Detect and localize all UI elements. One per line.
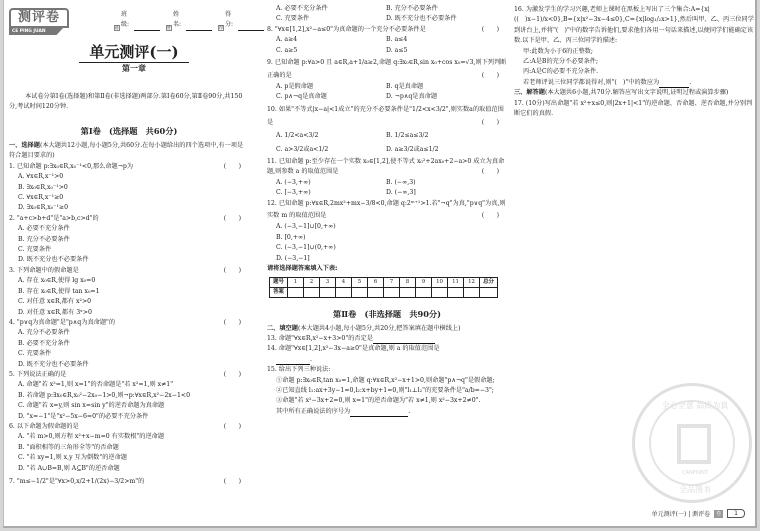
option-b: B. 充分不必要条件 xyxy=(9,235,249,245)
option-c: C. p∧¬q是真命题 xyxy=(276,92,386,102)
option-a: A. a≥4 xyxy=(276,35,386,45)
answer-cell[interactable] xyxy=(400,287,416,297)
canpoint-watermark-stamp: 全心全意 品质为真 CANPOINT 全品图书 xyxy=(632,383,752,503)
q-text: 以下命题为假命题的是 xyxy=(17,423,79,430)
q-num: 4. xyxy=(9,319,15,326)
option-a: A. "若 m>0,则方程 x²+x−m=0 有实数根"的逆命题 xyxy=(9,432,249,442)
answer-cell[interactable] xyxy=(320,287,336,297)
q10-options-row1: A. 1/2<a<3/2B. 1/2≤a≤3/2 xyxy=(267,129,507,143)
q-num: 2. xyxy=(9,215,15,222)
option-b: B. 充分不必要条件 xyxy=(386,4,496,14)
option-a: A. (−3,−1]∪[0,+∞) xyxy=(267,222,507,232)
option-d: D. a≥3/2或a≤1/2 xyxy=(386,143,496,157)
q9-options-row1: A. p是假命题B. q是真命题 xyxy=(267,82,507,92)
section-desc: (本大题共4小题,每小题5分,共20分,把答案填在题中横线上) xyxy=(298,325,461,332)
q-text: "m≤−1/2"是"∀x>0,x/2+1/(2x)−3/2>m"的 xyxy=(17,478,144,485)
table-header-label: 题号 xyxy=(270,277,288,287)
answer-paren: ( ) xyxy=(482,116,499,129)
q11-options-row2: C. [−3,+∞)D. (−∞,3] xyxy=(267,188,507,198)
q-text: 已知命题 p:∃x₀∈R,x₀⁻¹<0,那么命题¬p为 xyxy=(17,163,133,170)
score-icon: 得 xyxy=(218,25,224,31)
option-b: B. [0,+∞) xyxy=(267,233,507,243)
option-b: B. ∃x₀∈R,x₀⁻¹>0 xyxy=(9,183,249,193)
question-13: 13. 命题"∀x∈R,x²−x+3>0"的否定是 xyxy=(267,334,507,344)
page-badge-icon: 卷 xyxy=(714,510,723,518)
chapter-subtitle: 第一章 xyxy=(79,64,189,74)
option-a: A. ∀x∈R,x⁻¹>0 xyxy=(9,172,249,182)
page-footer: 单元测评(一) | 测评卷 卷 1 xyxy=(652,509,745,518)
logo-text: 测评卷 xyxy=(9,8,69,28)
answer-cell[interactable] xyxy=(464,287,480,297)
q-text: "a+c>b+d"是"a>b,c>d"的 xyxy=(17,215,99,222)
q14-answer-line: . xyxy=(267,355,507,365)
q-num: 12. xyxy=(267,200,277,207)
option-a: A. (−3,+∞) xyxy=(276,178,386,188)
question-14: 14. 命题"∀x∈[1,2],x²−3x−a≥0"是真命题,则 a 的取值范围… xyxy=(267,344,507,354)
option-a: A. 存在 x₀∈R,使得 lg x₀=0 xyxy=(9,276,249,286)
class-label: 班级: xyxy=(121,10,133,31)
q-num: 8. xyxy=(267,26,273,33)
score-label: 得分: xyxy=(225,10,237,31)
option-c: C. [−3,+∞) xyxy=(276,188,386,198)
logo-subtext: CE PING JUAN xyxy=(9,28,63,35)
table-answer-label: 答案 xyxy=(270,287,288,297)
q-text: 13. 命题"∀x∈R,x²−x+3>0"的否定是 xyxy=(267,335,373,342)
option-b: B. 必要不充分条件 xyxy=(9,339,249,349)
q16-statement-bing: 丙:A是C的必要不充分条件. xyxy=(514,67,754,77)
question-6: ( )6. 以下命题为假命题的是 xyxy=(9,422,249,432)
answer-paren: ( ) xyxy=(482,25,499,35)
table-col: 2 xyxy=(304,277,320,287)
q16-statement-jia: 甲:此数为小于6的正整数; xyxy=(514,47,754,57)
answer-cell[interactable] xyxy=(384,287,400,297)
option-d: D. a≤5 xyxy=(386,46,496,56)
answer-paren: ( ) xyxy=(224,370,241,380)
option-c: C. 充要条件 xyxy=(9,245,249,255)
question-9: 9. 已知命题 p:∀a>0 且 a∈R,a+1/a≥2,命题 q:∃x₀∈R,… xyxy=(267,56,507,82)
option-b: B. 1/2≤a≤3/2 xyxy=(386,129,496,143)
question-4: ( )4. "p∨q为真命题"是"p∧q为真命题"的 xyxy=(9,318,249,328)
q-text: 下列说法正确的是 xyxy=(17,371,67,378)
option-a: A. 必要不充分条件 xyxy=(276,4,386,14)
option-b: B. 存在 x₀∈R,使得 tan x₀=1 xyxy=(9,287,249,297)
question-10: 10. 如果"不等式|x−a|<1成立"的充分不必要条件是"1/2<x<3/2"… xyxy=(267,103,507,129)
fill-section-header: 二、填空题(本大题共4小题,每小题5分,共20分,把答案填在题中横线上) xyxy=(267,324,507,334)
q-text: 如果"不等式|x−a|<1成立"的充分不必要条件是"1/2<x<3/2",则实数… xyxy=(267,106,504,126)
column-right: 16. 为激发学生的学习兴趣,老师上课时在黑板上写出了三个集合:A={x|(( … xyxy=(514,0,754,339)
answer-paren: ( ) xyxy=(224,162,241,172)
answer-blank[interactable] xyxy=(350,410,408,417)
table-col: 10 xyxy=(432,277,448,287)
table-col: 5 xyxy=(352,277,368,287)
answer-table: 题号 1 2 3 4 5 6 7 8 9 10 11 12 总分 答案 xyxy=(269,277,498,298)
q-num: 7. xyxy=(9,478,15,485)
answer-paren: ( ) xyxy=(482,167,499,177)
question-15: 15. 给出下列三种说法: xyxy=(267,365,507,375)
answer-paren: ( ) xyxy=(224,477,241,487)
option-d: D. 既不充分也不必要条件 xyxy=(386,14,496,24)
option-c: C. 充要条件 xyxy=(9,349,249,359)
q8-options-row1: A. a≥4B. a≤4 xyxy=(267,35,507,45)
answer-paren: ( ) xyxy=(482,210,499,222)
table-col: 11 xyxy=(448,277,464,287)
answer-cell[interactable] xyxy=(288,287,304,297)
table-col: 4 xyxy=(336,277,352,287)
option-d: D. 对任意 x∈R,都有 3ˣ>0 xyxy=(9,308,249,318)
stamp-ring-text: CANPOINT xyxy=(635,470,755,476)
q-num: 5. xyxy=(9,371,15,378)
option-c: C. "若 xy=1,则 x,y 互为倒数"的逆命题 xyxy=(9,453,249,463)
answer-paren: ( ) xyxy=(224,266,241,276)
question-5: ( )5. 下列说法正确的是 xyxy=(9,370,249,380)
question-12: 12. 已知命题 p:∀x∈R,2mx²+mx−3/8<0,命题 q:2ᵐ⁺¹>… xyxy=(267,198,507,222)
name-blank[interactable] xyxy=(186,24,212,31)
q-text: 已知命题 p:∀a>0 且 a∈R,a+1/a≥2,命题 q:∃x₀∈R,sin… xyxy=(267,59,506,79)
q-text: "p∨q为真命题"是"p∧q为真命题"的 xyxy=(17,319,115,326)
q-text: "∀x∈[1,2],x²−a≤0"为真命题的一个充分不必要条件是 xyxy=(275,26,426,33)
section-label: 三、解答题 xyxy=(514,89,545,96)
section-desc: (本大题共12小题,每小题5分,共60分.在每小题给出的四个选项中,有一项是符合… xyxy=(9,142,243,159)
option-a: A. p是假命题 xyxy=(276,82,386,92)
option-d: D. (−∞,3] xyxy=(386,188,496,198)
column-middle: A. 必要不充分条件B. 充分不必要条件 C. 充要条件D. 既不充分也不必要条… xyxy=(267,0,507,417)
question-1: ( )1. 已知命题 p:∃x₀∈R,x₀⁻¹<0,那么命题¬p为 xyxy=(9,162,249,172)
option-c: C. a≥5 xyxy=(276,46,386,56)
q-text: 14. 命题"∀x∈[1,2],x²−3x−a≥0"是真命题,则 a 的取值范围… xyxy=(267,345,440,352)
option-d: D. "x=−1"是"x²−5x−6=0"的必要不充分条件 xyxy=(9,412,249,422)
answer-blank[interactable] xyxy=(276,358,310,365)
stamp-bottom-text: 全品图书 xyxy=(635,484,755,495)
q15-statement-1: ①命题 p:∃x₀∈R,tan x₀=1,命题 q:∀x∈R,x²−x+1>0,… xyxy=(267,376,507,386)
answer-blank[interactable] xyxy=(373,337,435,344)
score-field[interactable]: 得得分: xyxy=(218,10,264,31)
q7-options-row2: C. 充要条件D. 既不充分也不必要条件 xyxy=(267,14,507,24)
page-number: 1 xyxy=(727,509,745,518)
table-col: 12 xyxy=(464,277,480,287)
option-c: C. 对任意 x∈R,都有 x²>0 xyxy=(9,297,249,307)
question-11: 11. 已知命题 p:至少存在一个实数 x₀∈[1,2],使不等式 x₀²+2a… xyxy=(267,157,507,178)
table-col: 6 xyxy=(368,277,384,287)
section-desc: (本大题共6小题,共70分.解答应写出文字说明,证明过程或演算步骤) xyxy=(545,89,728,96)
option-c: C. 充要条件 xyxy=(276,14,386,24)
option-c: C. a>3/2或a<1/2 xyxy=(276,143,386,157)
q16-statement-yi: 乙:A是B的充分不必要条件; xyxy=(514,57,754,67)
stamp-logo-icon xyxy=(677,424,711,464)
option-c: C. (−3,−1]∪(0,+∞) xyxy=(267,243,507,253)
answer-cell[interactable] xyxy=(304,287,320,297)
q9-options-row2: C. p∧¬q是真命题D. ¬p∧q是真命题 xyxy=(267,92,507,102)
answer-blank[interactable] xyxy=(659,81,689,88)
section-label: 二、填空题 xyxy=(267,325,298,332)
name-icon: 姓 xyxy=(166,25,172,31)
section-label: 一、选择题 xyxy=(9,142,40,149)
exam-page: 测评卷 CE PING JUAN 班班级: 姓姓名: 得得分: 单元测评(一) … xyxy=(3,0,757,528)
class-field[interactable]: 班班级: xyxy=(114,10,160,31)
solve-section-header: 三、解答题(本大题共6小题,共70分.解答应写出文字说明,证明过程或演算步骤) xyxy=(514,88,754,98)
option-a: A. 充分不必要条件 xyxy=(9,328,249,338)
option-a: A. 1/2<a<3/2 xyxy=(276,129,386,143)
answer-cell[interactable] xyxy=(352,287,368,297)
table-col: 9 xyxy=(416,277,432,287)
q7-options-row1: A. 必要不充分条件B. 充分不必要条件 xyxy=(267,4,507,14)
q-text: 若老师评说三位同学都说得对,则"( )"中的数应为 xyxy=(523,79,659,86)
q8-options-row2: C. a≥5D. a≤5 xyxy=(267,46,507,56)
answer-paren: ( ) xyxy=(482,69,499,82)
q-num: 10. xyxy=(267,106,277,113)
q-text: 已知命题 p:∀x∈R,2mx²+mx−3/8<0,命题 q:2ᵐ⁺¹>1.若"… xyxy=(267,200,506,219)
footer-label: 单元测评(一) | 测评卷 xyxy=(652,509,711,518)
option-d: D. "若 A∪B=B,则 A⊆B"的逆否命题 xyxy=(9,464,249,474)
name-label: 姓名: xyxy=(173,10,185,31)
q15-statement-3: ③命题"若 x²−3x+2=0,则 x=1"的逆否命题为"若 x≠1,则 x²−… xyxy=(267,396,507,406)
class-icon: 班 xyxy=(114,25,120,31)
q15-end: 其中所有正确说法的序号为. xyxy=(267,407,507,417)
option-d: D. ∃x₀∈R,x₀⁻¹≥0 xyxy=(9,203,249,213)
name-field[interactable]: 姓姓名: xyxy=(166,10,212,31)
option-d: D. ¬p∧q是真命题 xyxy=(386,92,496,102)
table-col: 1 xyxy=(288,277,304,287)
option-b: B. (−∞,3) xyxy=(386,178,496,188)
option-b: B. "面积相等的三角形全等"的否命题 xyxy=(9,443,249,453)
exam-intro: 本试卷分第Ⅰ卷(选择题)和第Ⅱ卷(非选择题)两部分.第Ⅰ卷60分,第Ⅱ卷90分,… xyxy=(9,92,249,113)
q-num: 9. xyxy=(267,59,273,66)
student-info-fields: 班班级: 姓姓名: 得得分: xyxy=(114,10,264,31)
q15-statement-2: ②已知直线 l₁:ax+3y−1=0,l₂:x+by+1=0,则"l₁⊥l₂"的… xyxy=(267,386,507,396)
answer-area[interactable] xyxy=(514,119,754,339)
answer-cell[interactable] xyxy=(336,287,352,297)
q-num: 3. xyxy=(9,267,15,274)
option-d: D. 既不充分也不必要条件 xyxy=(9,360,249,370)
option-a: A. 必要不充分条件 xyxy=(9,224,249,234)
part2-title: 第Ⅱ卷 (非选择题 共90分) xyxy=(267,306,507,322)
option-c: C. ∀x∈R,x⁻¹≥0 xyxy=(9,193,249,203)
option-b: B. q是真命题 xyxy=(386,82,496,92)
q-text: 已知命题 p:至少存在一个实数 x₀∈[1,2],使不等式 x₀²+2ax₀+2… xyxy=(267,158,504,175)
answer-paren: ( ) xyxy=(224,422,241,432)
score-blank[interactable] xyxy=(238,24,264,31)
question-2: ( )2. "a+c>b+d"是"a>b,c>d"的 xyxy=(9,214,249,224)
q-num: 1. xyxy=(9,163,15,170)
option-d: D. (−3,−1] xyxy=(267,254,507,264)
answer-table-caption: 请将选择题答案填入下表: xyxy=(267,264,507,274)
page-title: 单元测评(一) xyxy=(79,42,189,63)
table-answer-row: 答案 xyxy=(270,287,498,297)
class-blank[interactable] xyxy=(134,24,160,31)
table-col-total: 总分 xyxy=(480,277,498,287)
option-c: C. 命题"若 x=y,则 sin x=sin y"的逆否命题为真命题 xyxy=(9,401,249,411)
option-b: B. a≤4 xyxy=(386,35,496,45)
answer-cell[interactable] xyxy=(432,287,448,297)
q16-end: 若老师评说三位同学都说得对,则"( )"中的数应为. xyxy=(514,78,754,88)
choice-section-header: 一、选择题(本大题共12小题,每小题5分,共60分.在每小题给出的四个选项中,有… xyxy=(9,141,249,162)
question-16: 16. 为激发学生的学习兴趣,老师上课时在黑板上写出了三个集合:A={x|(( … xyxy=(514,5,754,47)
q10-options-row2: C. a>3/2或a<1/2D. a≥3/2或a≤1/2 xyxy=(267,143,507,157)
answer-cell[interactable] xyxy=(416,287,432,297)
question-3: ( )3. 下列命题中的假命题是 xyxy=(9,266,249,276)
q-num: 6. xyxy=(9,423,15,430)
answer-paren: ( ) xyxy=(224,214,241,224)
part1-title: 第Ⅰ卷 (选择题 共60分) xyxy=(9,124,249,138)
table-col: 7 xyxy=(384,277,400,287)
answer-cell[interactable] xyxy=(368,287,384,297)
answer-cell[interactable] xyxy=(448,287,464,297)
brand-logo: 测评卷 CE PING JUAN xyxy=(9,8,69,36)
total-cell[interactable] xyxy=(480,287,498,297)
table-col: 3 xyxy=(320,277,336,287)
question-17: 17. (10分)写出命题"若 x²+x≤0,则|2x+1|<1"的逆命题、否命… xyxy=(514,99,754,120)
option-a: A. 命题"若 x²=1,则 x=1"的否命题是"若 x²=1,则 x≠1" xyxy=(9,380,249,390)
question-7: ( )7. "m≤−1/2"是"∀x>0,x/2+1/(2x)−3/2>m"的 xyxy=(9,477,249,487)
q-text: 其中所有正确说法的序号为 xyxy=(276,408,350,415)
table-col: 8 xyxy=(400,277,416,287)
q11-options-row1: A. (−3,+∞)B. (−∞,3) xyxy=(267,178,507,188)
question-8: ( )8. "∀x∈[1,2],x²−a≤0"为真命题的一个充分不必要条件是 xyxy=(267,25,507,35)
table-header-row: 题号 1 2 3 4 5 6 7 8 9 10 11 12 总分 xyxy=(270,277,498,287)
option-d: D. 既不充分也不必要条件 xyxy=(9,255,249,265)
q-text: 下列命题中的假命题是 xyxy=(17,267,79,274)
option-b: B. 若命题 p:∃x₀∈R,x₀²−2x₀−1>0,则¬p:∀x∈R,x²−2… xyxy=(9,391,249,401)
answer-paren: ( ) xyxy=(224,318,241,328)
q-num: 11. xyxy=(267,158,277,165)
